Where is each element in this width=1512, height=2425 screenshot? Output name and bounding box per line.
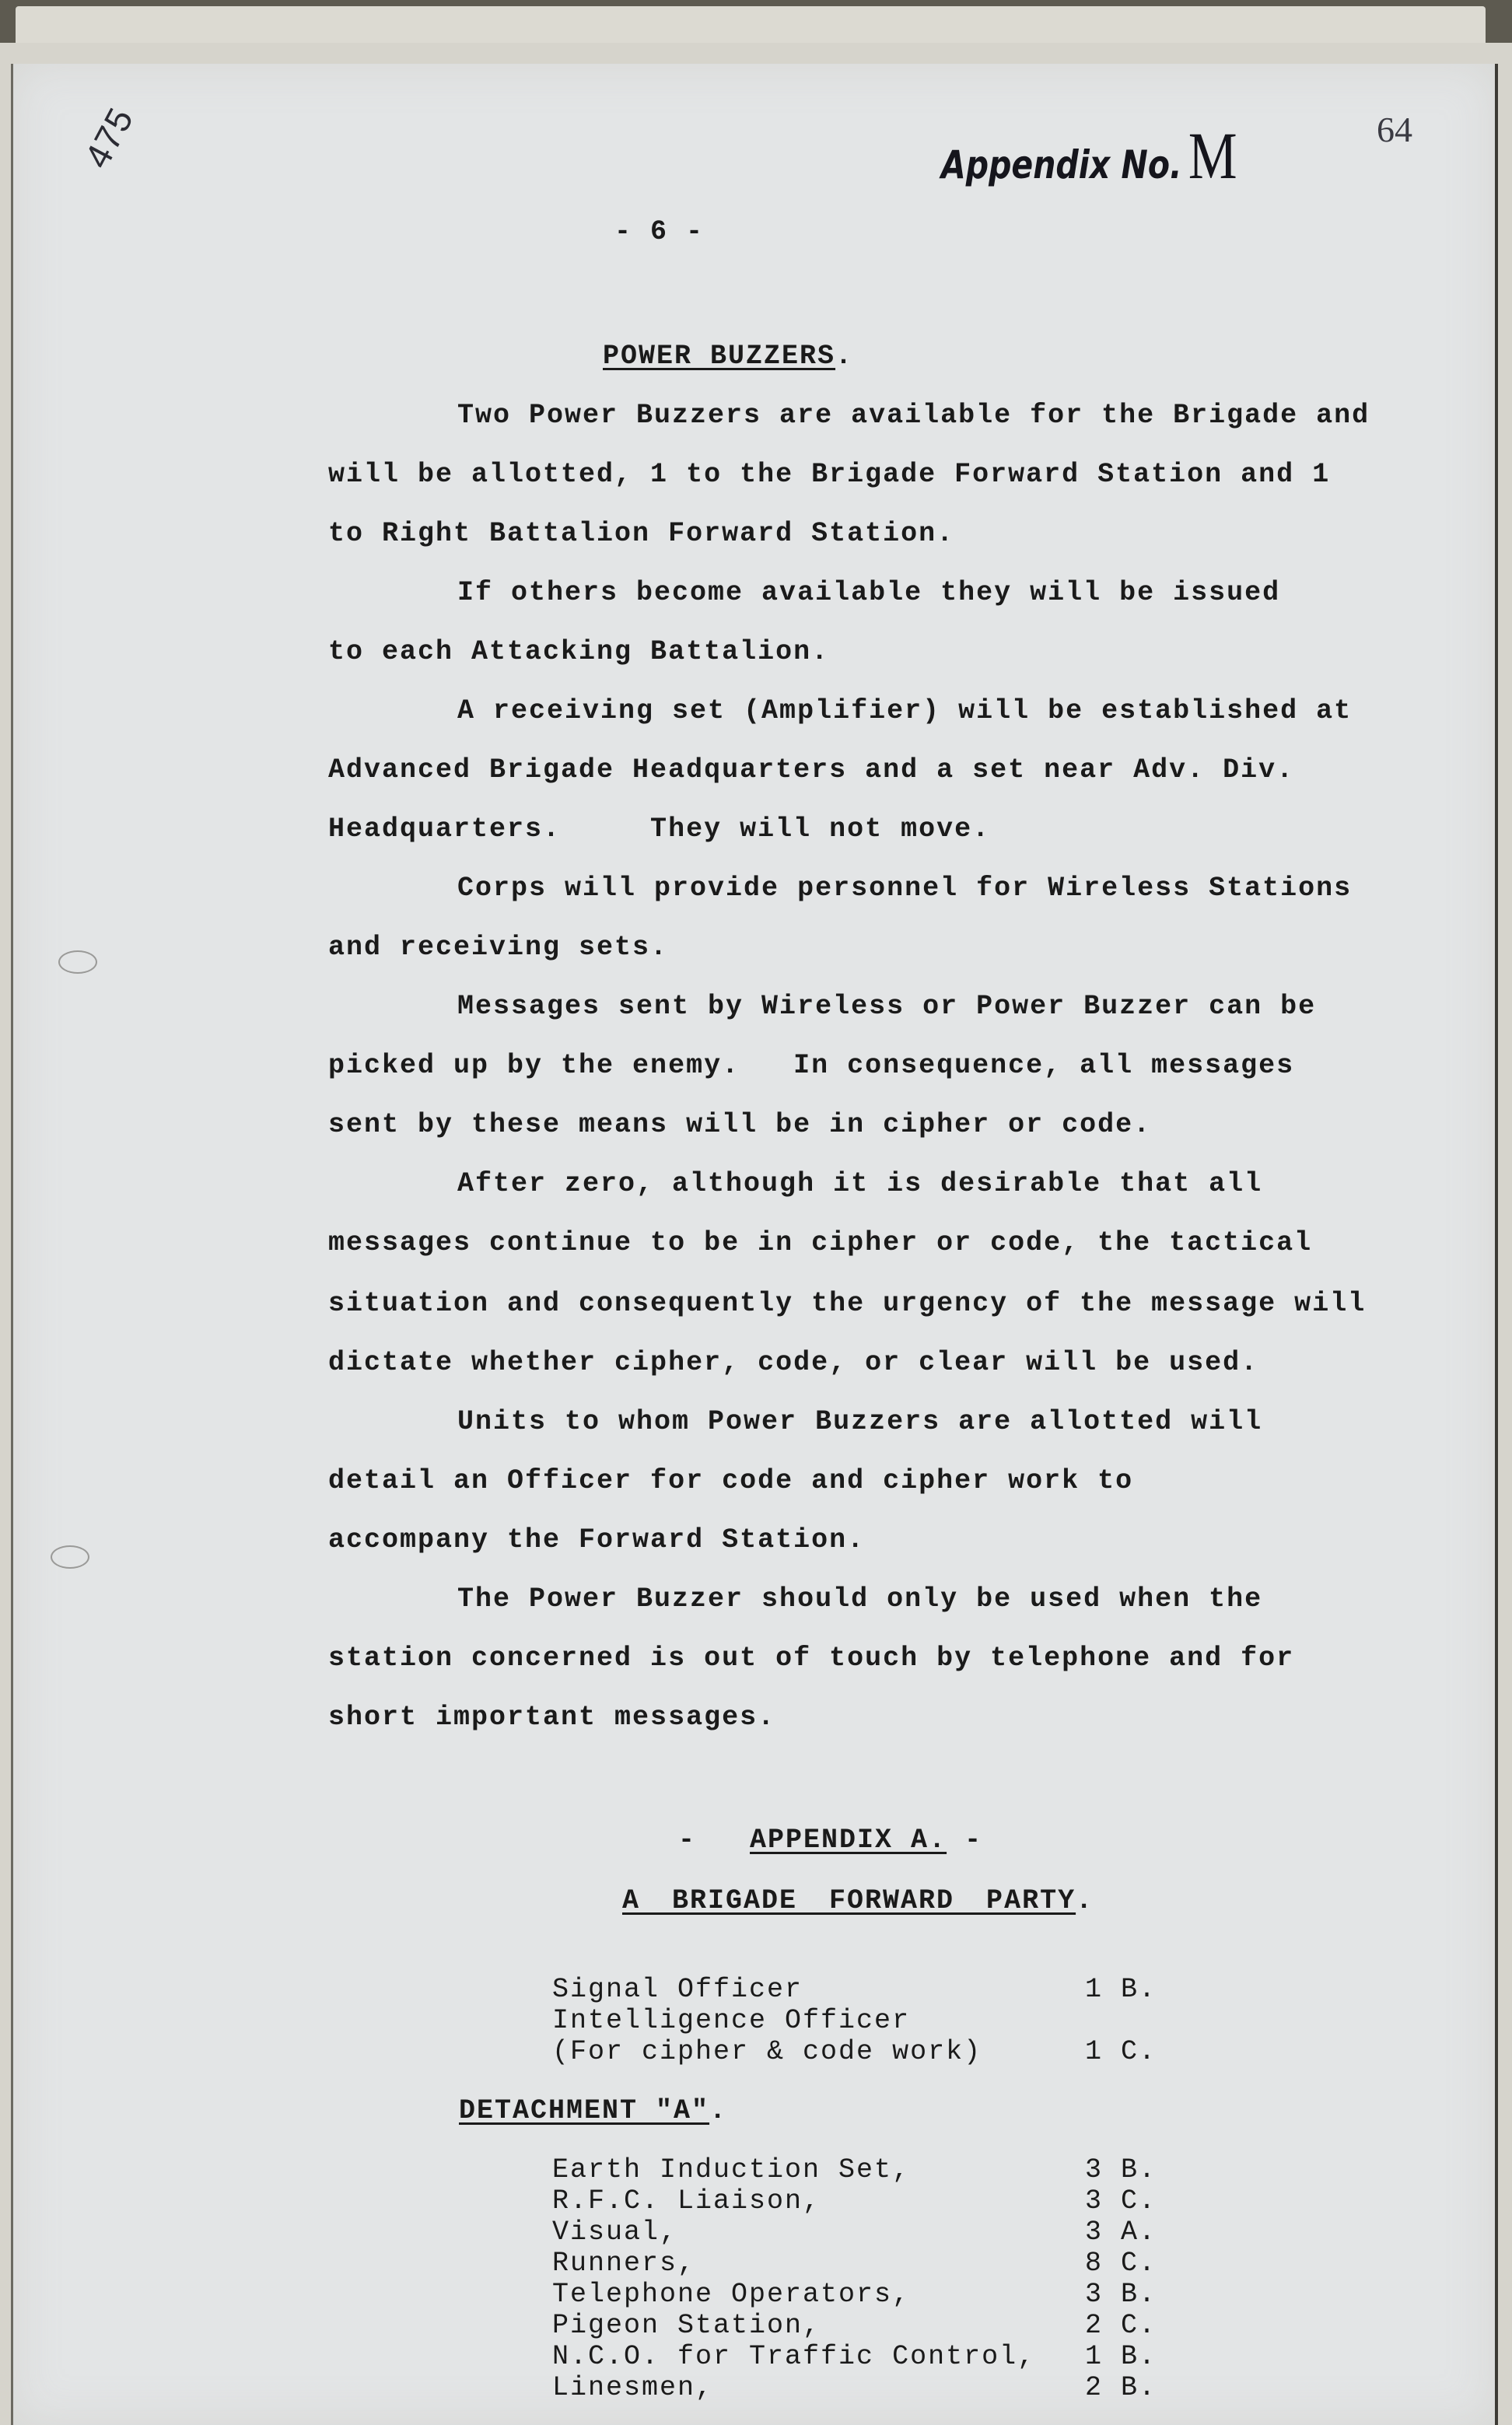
list-item-qty: 3 C. xyxy=(1085,2185,1157,2217)
list-item-role: Pigeon Station, xyxy=(552,2310,821,2341)
paragraph-line: to each Attacking Battalion. xyxy=(328,636,829,667)
paragraph-line: Advanced Brigade Headquarters and a set … xyxy=(328,754,1294,786)
paragraph-line: Messages sent by Wireless or Power Buzze… xyxy=(457,991,1316,1022)
list-item-role: Linesmen, xyxy=(552,2372,713,2403)
section-heading-punct: . xyxy=(835,341,853,372)
paragraph-line: sent by these means will be in cipher or… xyxy=(328,1109,1151,1140)
section-heading: POWER BUZZERS. xyxy=(603,341,853,372)
paragraph-line: detail an Officer for code and cipher wo… xyxy=(328,1465,1133,1496)
list-item-role: Earth Induction Set, xyxy=(552,2154,910,2185)
list-item-qty: 1 C. xyxy=(1085,2036,1157,2067)
detachment-punct: . xyxy=(709,2095,727,2126)
list-item-qty: 3 B. xyxy=(1085,2154,1157,2185)
paragraph-line: dictate whether cipher, code, or clear w… xyxy=(328,1347,1258,1378)
paragraph-line: short important messages. xyxy=(328,1702,775,1733)
list-item-role: Runners, xyxy=(552,2248,695,2279)
paragraph-line: and receiving sets. xyxy=(328,932,668,963)
list-item-role: R.F.C. Liaison, xyxy=(552,2185,821,2217)
list-item-role: N.C.O. for Traffic Control, xyxy=(552,2341,1035,2372)
punch-hole-mark xyxy=(51,1545,89,1569)
appendix-title: - APPENDIX A. - xyxy=(678,1825,982,1856)
paragraph-line: Corps will provide personnel for Wireles… xyxy=(457,873,1352,904)
list-item-role: (For cipher & code work) xyxy=(552,2036,982,2067)
corner-page-number: 64 xyxy=(1377,109,1412,150)
list-item-qty: 1 B. xyxy=(1085,1974,1157,2005)
subtitle-punct: . xyxy=(1076,1885,1094,1916)
appendix-title-text: APPENDIX A. xyxy=(750,1825,947,1856)
list-item-role: Visual, xyxy=(552,2217,677,2248)
paragraph-line: The Power Buzzer should only be used whe… xyxy=(457,1583,1262,1615)
list-item-qty: 2 B. xyxy=(1085,2372,1157,2403)
title-dash: - xyxy=(964,1825,982,1856)
list-item-qty: 1 B. xyxy=(1085,2341,1157,2372)
paragraph-line: Units to whom Power Buzzers are allotted… xyxy=(457,1406,1262,1437)
appendix-label: Appendix No. xyxy=(941,142,1182,187)
paragraph-line: accompany the Forward Station. xyxy=(328,1524,865,1555)
page-marker: - 6 - xyxy=(614,216,704,247)
list-item-role: Signal Officer xyxy=(552,1974,803,2005)
paragraph-line: situation and consequently the urgency o… xyxy=(328,1288,1366,1319)
list-item-qty: 2 C. xyxy=(1085,2310,1157,2341)
detachment-heading: DETACHMENT "A". xyxy=(459,2095,727,2126)
list-item-qty: 8 C. xyxy=(1085,2248,1157,2279)
appendix-subtitle-text: A BRIGADE FORWARD PARTY xyxy=(622,1885,1076,1916)
paragraph-line: Headquarters. They will not move. xyxy=(328,814,990,845)
paragraph-line: will be allotted, 1 to the Brigade Forwa… xyxy=(328,459,1330,490)
list-item-role: Intelligence Officer xyxy=(552,2005,910,2036)
paragraph-line: picked up by the enemy. In consequence, … xyxy=(328,1050,1294,1081)
list-item-qty: 3 B. xyxy=(1085,2279,1157,2310)
paragraph-line: After zero, although it is desirable tha… xyxy=(457,1168,1262,1199)
punch-hole-mark xyxy=(58,950,97,974)
paragraph-line: messages continue to be in cipher or cod… xyxy=(328,1227,1312,1258)
paragraph-line: If others become available they will be … xyxy=(457,577,1280,608)
list-item-qty: 3 A. xyxy=(1085,2217,1157,2248)
paragraph-line: A receiving set (Amplifier) will be esta… xyxy=(457,695,1352,726)
list-item-role: Telephone Operators, xyxy=(552,2279,910,2310)
title-dash: - xyxy=(678,1825,696,1856)
detachment-heading-text: DETACHMENT "A" xyxy=(459,2095,709,2126)
paragraph-line: station concerned is out of touch by tel… xyxy=(328,1643,1294,1674)
appendix-stamp: Appendix No.M xyxy=(941,117,1237,194)
section-heading-text: POWER BUZZERS xyxy=(603,341,835,372)
paragraph-line: Two Power Buzzers are available for the … xyxy=(457,400,1370,431)
appendix-subtitle: A BRIGADE FORWARD PARTY. xyxy=(622,1885,1094,1916)
appendix-letter: M xyxy=(1188,118,1237,193)
paragraph-line: to Right Battalion Forward Station. xyxy=(328,518,954,549)
